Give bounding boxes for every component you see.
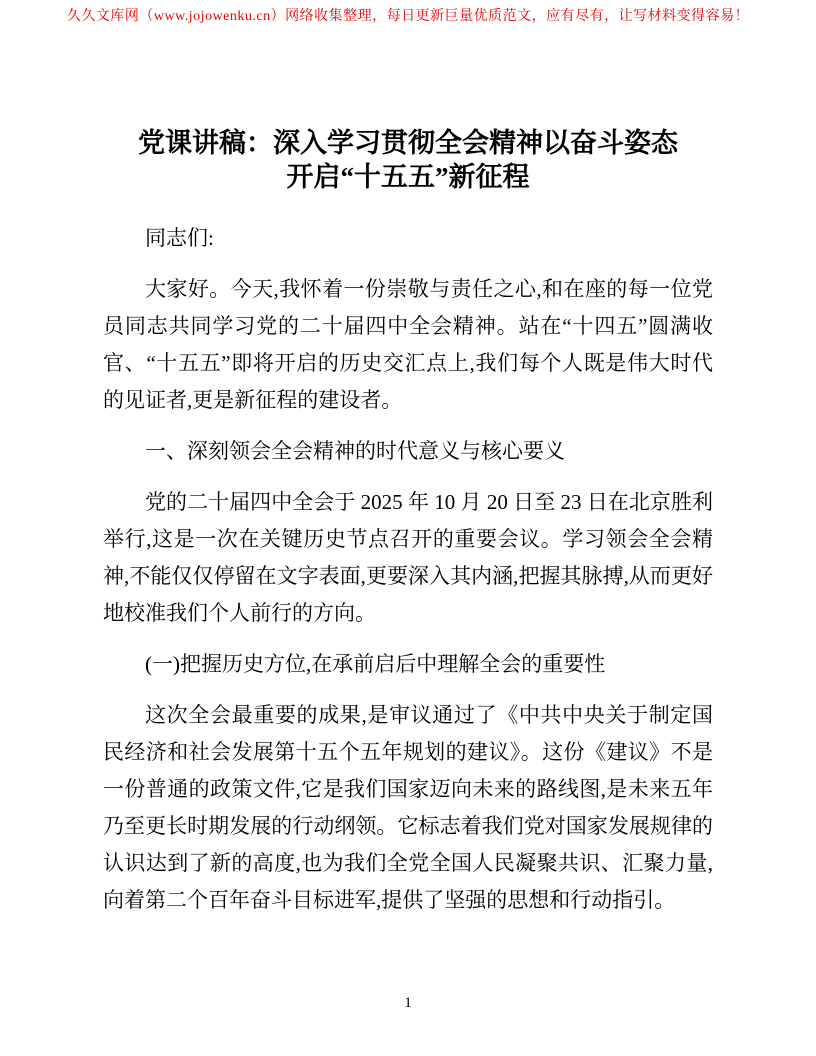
paragraph: 党的二十届四中全会于 2025 年 10 月 20 日至 23 日在北京胜利举行… — [103, 484, 713, 632]
subsection-heading-1: (一)把握历史方位,在承前启后中理解全会的重要性 — [103, 646, 713, 683]
salutation-paragraph: 同志们: — [103, 220, 713, 257]
document-title: 党课讲稿：深入学习贯彻全会精神以奋斗姿态 开启“十五五”新征程 — [103, 126, 713, 194]
document-body: 同志们: 大家好。今天,我怀着一份崇敬与责任之心,和在座的每一位党员同志共同学习… — [103, 220, 713, 919]
site-watermark-header: 久久文库网（www.jojowenku.cn）网络收集整理，每日更新巨量优质范文… — [0, 8, 816, 26]
document-page: 久久文库网（www.jojowenku.cn）网络收集整理，每日更新巨量优质范文… — [0, 0, 816, 1056]
paragraph: 这次全会最重要的成果,是审议通过了《中共中央关于制定国民经济和社会发展第十五个五… — [103, 697, 713, 919]
document-title-line-1: 党课讲稿：深入学习贯彻全会精神以奋斗姿态 — [103, 126, 713, 160]
page-number: 1 — [0, 995, 816, 1012]
intro-paragraph: 大家好。今天,我怀着一份崇敬与责任之心,和在座的每一位党员同志共同学习党的二十届… — [103, 271, 713, 419]
document-title-line-2: 开启“十五五”新征程 — [103, 160, 713, 194]
section-heading-1: 一、深刻领会全会精神的时代意义与核心要义 — [103, 433, 713, 470]
